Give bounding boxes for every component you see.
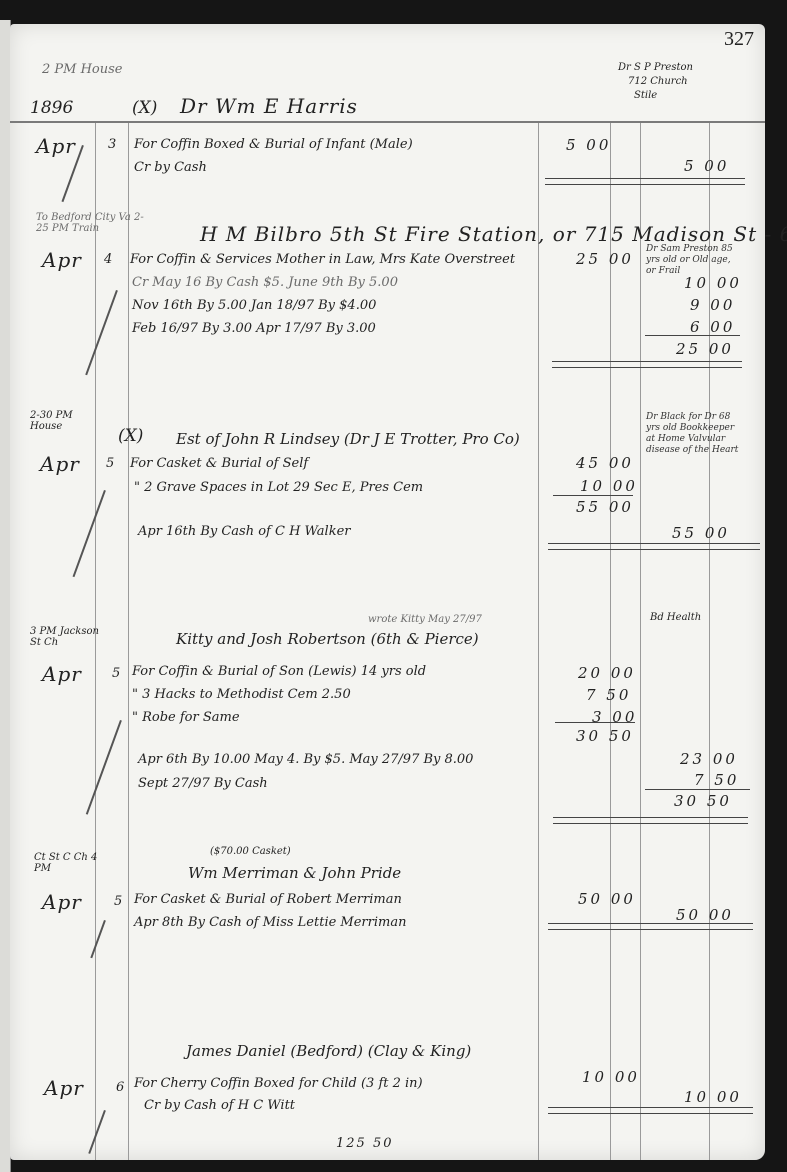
ledger-page xyxy=(10,24,765,1160)
entry-month: Apr xyxy=(40,452,80,476)
entry-month: Apr xyxy=(44,1076,84,1100)
debit-column-rule xyxy=(538,123,539,1160)
entry-line: Sept 27/97 By Cash xyxy=(138,776,268,791)
closing-rule xyxy=(545,178,745,185)
entry-day: 3 xyxy=(108,137,116,152)
debit-amount: 50 00 xyxy=(578,890,636,908)
top-right-note-3: Stile xyxy=(634,90,657,101)
margin-note: 3 PM Jackson St Ch xyxy=(30,626,110,648)
subtotal-rule xyxy=(555,722,635,723)
credit-column-rule xyxy=(640,123,641,1160)
side-note: Bd Health xyxy=(650,612,701,623)
overline-note: ($70.00 Casket) xyxy=(210,846,291,857)
entry-line: " 2 Grave Spaces in Lot 29 Sec E, Pres C… xyxy=(134,480,423,495)
closing-rule xyxy=(548,923,753,930)
entry-day: 4 xyxy=(104,252,112,267)
debit-amount: 7 50 xyxy=(586,686,631,704)
credit-total: 30 50 xyxy=(674,792,732,810)
account-name: Dr Wm E Harris xyxy=(180,94,358,118)
entry-line: Nov 16th By 5.00 Jan 18/97 By $4.00 xyxy=(132,298,376,313)
margin-note: Ct St C Ch 4 PM xyxy=(34,852,104,874)
entry-line: Cr May 16 By Cash $5. June 9th By 5.00 xyxy=(132,275,398,290)
subtotal-rule xyxy=(645,335,740,336)
entry-month: Apr xyxy=(42,890,82,914)
entry-line: Cr by Cash xyxy=(134,160,207,175)
entry-month: Apr xyxy=(42,662,82,686)
closing-rule xyxy=(553,817,748,824)
entry-day: 5 xyxy=(106,456,114,471)
entry-line: " Robe for Same xyxy=(132,710,240,725)
entry-month: Apr xyxy=(36,134,76,158)
entry-line: Feb 16/97 By 3.00 Apr 17/97 By 3.00 xyxy=(132,321,376,336)
entry-marker: (X) xyxy=(132,98,157,118)
credit-amount: 5 00 xyxy=(684,157,729,175)
debit-amount: 25 00 xyxy=(576,250,634,268)
subtotal-rule xyxy=(645,789,750,790)
entry-line: For Coffin & Burial of Son (Lewis) 14 yr… xyxy=(132,664,426,679)
credit-amount: 55 00 xyxy=(672,524,730,542)
entry-month: Apr xyxy=(42,248,82,272)
debit-cents-rule xyxy=(610,123,611,1160)
margin-note: To Bedford City Va 2-25 PM Train xyxy=(36,212,156,234)
credit-amount: 7 50 xyxy=(694,771,739,789)
debit-amount: 20 00 xyxy=(578,664,636,682)
entry-line: For Casket & Burial of Self xyxy=(130,456,308,471)
entry-line: Cr by Cash of H C Witt xyxy=(144,1098,295,1113)
account-name: James Daniel (Bedford) (Clay & King) xyxy=(186,1042,471,1060)
account-name: Kitty and Josh Robertson (6th & Pierce) xyxy=(176,630,479,648)
closing-rule xyxy=(548,1107,753,1114)
entry-line: For Coffin & Services Mother in Law, Mrs… xyxy=(130,252,515,267)
closing-rule xyxy=(552,361,742,368)
credit-amount: 6 00 xyxy=(690,318,735,336)
account-name: Est of John R Lindsey (Dr J E Trotter, P… xyxy=(176,430,520,448)
entry-line: Apr 6th By 10.00 May 4. By $5. May 27/97… xyxy=(138,752,473,767)
margin-note: 2-30 PM House xyxy=(30,410,90,432)
entry-line: Apr 16th By Cash of C H Walker xyxy=(138,524,350,539)
entry-line: Apr 8th By Cash of Miss Lettie Merriman xyxy=(134,915,406,930)
credit-amount: 50 00 xyxy=(676,906,734,924)
entry-line: " 3 Hacks to Methodist Cem 2.50 xyxy=(132,687,351,702)
account-name: H M Bilbro 5th St Fire Station, or 715 M… xyxy=(200,222,787,246)
side-note: Dr Sam Preston 85 yrs old or Old age, or… xyxy=(646,244,736,277)
debit-amount: 45 00 xyxy=(576,454,634,472)
side-note: Dr Black for Dr 68 yrs old Bookkeeper at… xyxy=(646,412,742,456)
entry-marker: (X) xyxy=(118,426,143,446)
account-name: Wm Merriman & John Pride xyxy=(188,864,401,882)
debit-amount: 5 00 xyxy=(566,136,611,154)
entry-line: For Coffin Boxed & Burial of Infant (Mal… xyxy=(134,137,413,152)
entry-day: 5 xyxy=(114,894,122,909)
credit-amount: 10 00 xyxy=(684,1088,742,1106)
entry-line: For Cherry Coffin Boxed for Child (3 ft … xyxy=(134,1076,423,1091)
debit-amount: 3 00 xyxy=(592,708,637,726)
credit-amount: 23 00 xyxy=(680,750,738,768)
top-right-note-1: Dr S P Preston xyxy=(618,62,693,73)
entry-line: For Casket & Burial of Robert Merriman xyxy=(134,892,402,907)
credit-amount: 9 00 xyxy=(690,296,735,314)
year: 1896 xyxy=(30,98,73,118)
header-rule xyxy=(10,121,765,123)
subtotal-rule xyxy=(553,495,633,496)
closing-rule xyxy=(548,543,760,550)
credit-total: 25 00 xyxy=(676,340,734,358)
debit-amount: 10 00 xyxy=(582,1068,640,1086)
entry-day: 5 xyxy=(112,666,120,681)
page-footer-total: 125 50 xyxy=(336,1136,394,1151)
overline-note: wrote Kitty May 27/97 xyxy=(368,614,482,625)
top-right-note-2: 712 Church xyxy=(628,76,688,87)
debit-amount: 10 00 xyxy=(580,477,638,495)
debit-total: 30 50 xyxy=(576,727,634,745)
page-number: 327 xyxy=(724,28,754,51)
credit-amount: 10 00 xyxy=(684,274,742,292)
debit-total: 55 00 xyxy=(576,498,634,516)
entry-day: 6 xyxy=(116,1080,124,1095)
top-left-note: 2 PM House xyxy=(42,62,123,77)
day-column-rule xyxy=(128,123,129,1160)
